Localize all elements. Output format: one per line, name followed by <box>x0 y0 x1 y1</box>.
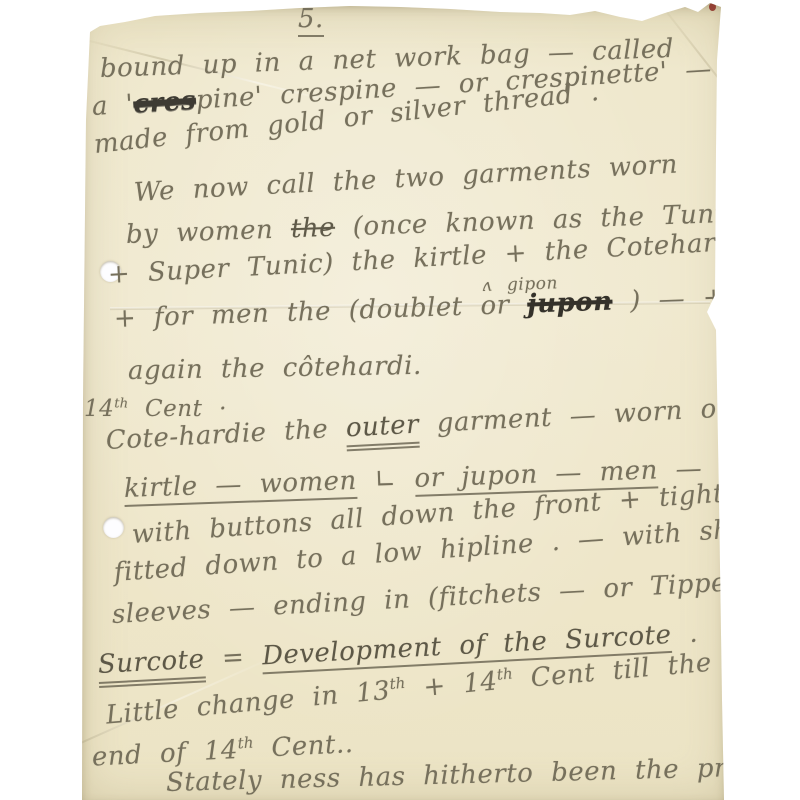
text-segment: — usually <box>657 450 800 486</box>
handwritten-line-8: again the côtehardi. <box>128 351 422 386</box>
double-underlined-word: outer <box>345 410 420 452</box>
text-segment: by women <box>125 214 291 250</box>
page-number-text: 5. <box>298 4 324 37</box>
superscript: th <box>389 674 406 693</box>
handwritten-line-4: We now call the two garments worn <box>133 150 678 208</box>
superscript: th <box>237 734 254 753</box>
scan-background: 5. bound up in a net work bag — called a… <box>0 0 800 800</box>
struck-word: the <box>290 213 335 245</box>
red-corner-mark <box>709 3 716 11</box>
text-segment: ∟ <box>356 464 415 496</box>
century-heading: 14th Cent · <box>84 396 227 422</box>
struck-word-heavy: jupon <box>527 287 613 320</box>
page-number: 5. <box>298 4 324 34</box>
text-segment: + for men the (doublet or <box>113 290 527 334</box>
text-segment: = <box>204 641 263 674</box>
text-segment: garment — worn over the <box>418 388 800 439</box>
manuscript-page: 5. bound up in a net work bag — called a… <box>80 0 728 800</box>
double-underlined-term: Surcote <box>97 644 205 688</box>
text-segment: . <box>671 619 699 650</box>
text-segment: Cent.. <box>253 729 354 764</box>
text-segment: Cent · <box>128 396 227 422</box>
text-segment: ) — + <box>612 283 726 317</box>
superscript: th <box>114 396 128 411</box>
text-segment: a ' <box>91 89 134 121</box>
punch-hole-bottom <box>103 517 124 538</box>
text-segment: 14 <box>84 396 114 422</box>
text-segment: + 14 <box>405 666 499 704</box>
handwritten-line-7: + for men the (doublet or jupon ) — + <box>113 283 725 334</box>
superscript: th <box>496 664 513 683</box>
scribbled-out-word: cres <box>132 86 196 120</box>
underlined-phrase: kirtle — women <box>123 466 357 507</box>
